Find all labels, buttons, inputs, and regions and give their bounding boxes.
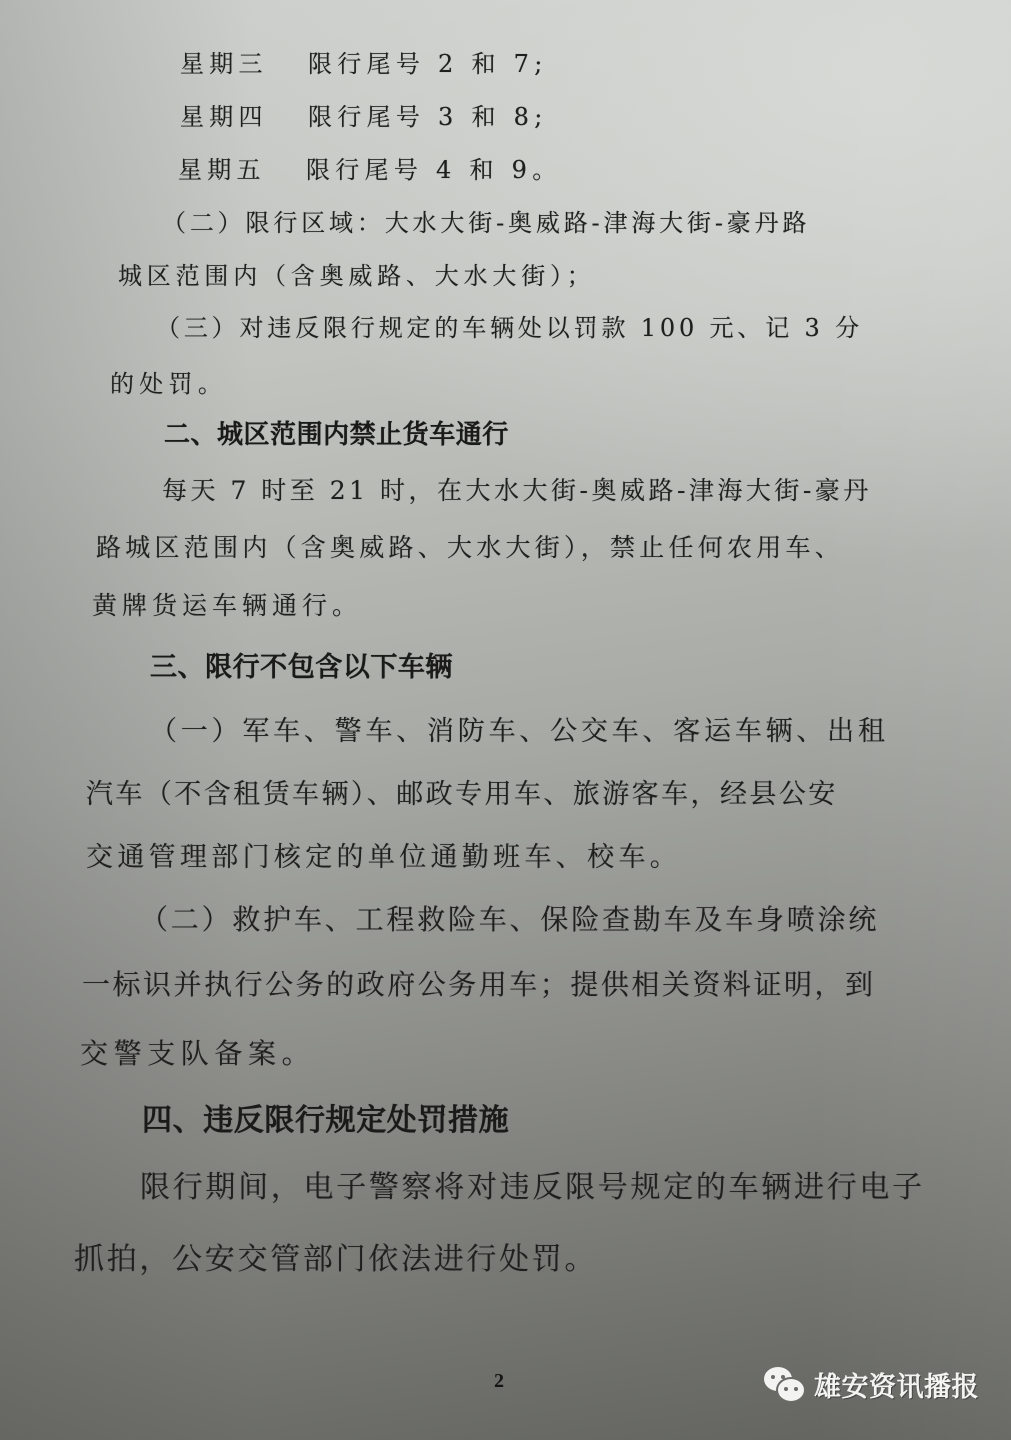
wechat-watermark: 雄安资讯播报 [762, 1364, 979, 1404]
exemption-item2-line3: 交警支队备案。 [80, 1032, 315, 1072]
penalties-line1: 限行期间，电子警察将对违反限号规定的车辆进行电子 [140, 1162, 925, 1206]
exemption-item2-line1: （二）救护车、工程救险车、保险查勘车及车身喷涂统 [140, 898, 879, 938]
schedule-day: 星期四 [180, 97, 308, 132]
watermark-text: 雄安资讯播报 [814, 1365, 979, 1404]
truck-ban-line3: 黄牌货运车辆通行。 [92, 586, 362, 622]
section-heading-truck-ban: 二、城区范围内禁止货车通行 [164, 414, 509, 451]
schedule-rule: 限行尾号 2 和 7; [308, 44, 548, 79]
restriction-area-line1: （二）限行区域：大水大街-奥威路-津海大街-豪丹路 [162, 203, 810, 238]
wechat-icon [762, 1365, 808, 1403]
page-number: 2 [494, 1370, 504, 1393]
schedule-rule: 限行尾号 4 和 9。 [306, 150, 562, 185]
schedule-row-wednesday: 星期三 限行尾号 2 和 7; [180, 44, 548, 79]
schedule-row-thursday: 星期四 限行尾号 3 和 8; [180, 97, 548, 132]
exemption-item1-line3: 交通管理部门核定的单位通勤班车、校车。 [86, 835, 681, 874]
truck-ban-line2: 路城区范围内（含奥威路、大水大街），禁止任何农用车、 [96, 528, 844, 564]
penalties-line2: 抓拍，公安交管部门依法进行处罚。 [74, 1234, 597, 1278]
section-heading-penalties: 四、违反限行规定处罚措施 [142, 1095, 509, 1139]
schedule-day: 星期五 [178, 150, 306, 185]
section-heading-exemptions: 三、限行不包含以下车辆 [150, 645, 453, 684]
truck-ban-line1: 每天 7 时至 21 时，在大水大街-奥威路-津海大街-豪丹 [162, 471, 872, 507]
restriction-area-line2: 城区范围内（含奥威路、大水大街）； [118, 256, 596, 291]
exemption-item1-line1: （一）军车、警车、消防车、公交车、客运车辆、出租 [150, 709, 889, 748]
exemption-item1-line2: 汽车（不含租赁车辆）、邮政专用车、旅游客车，经县公安 [86, 772, 838, 811]
exemption-item2-line2: 一标识并执行公务的政府公务用车；提供相关资料证明，到 [82, 963, 876, 1003]
schedule-day: 星期三 [180, 44, 308, 79]
schedule-row-friday: 星期五 限行尾号 4 和 9。 [178, 150, 562, 185]
schedule-rule: 限行尾号 3 和 8; [308, 97, 548, 132]
penalty-line1: （三）对违反限行规定的车辆处以罚款 100 元、记 3 分 [156, 308, 863, 343]
penalty-line2: 的处罚。 [110, 364, 227, 399]
